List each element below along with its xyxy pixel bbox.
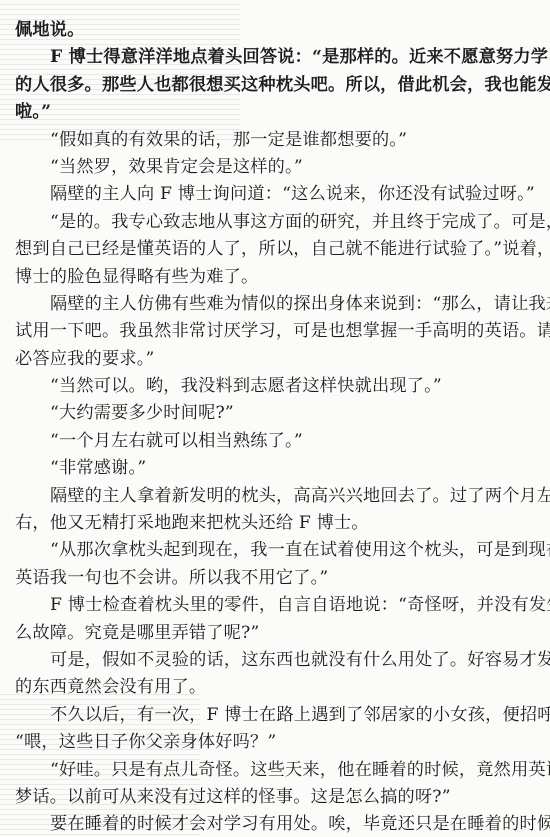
text-line: “当然罗，效果肯定会是这样的。”: [15, 154, 537, 181]
text-line: “一个月左右就可以相当熟练了。”: [15, 428, 537, 455]
text-line: 英语我一句也不会讲。所以我不用它了。”: [15, 565, 537, 592]
text-line: F 博士检查着枕头里的零件，自言自语地说：“奇怪呀，并没有发生什: [15, 592, 537, 619]
text-line: “假如真的有效果的话，那一定是谁都想要的。”: [15, 127, 537, 154]
text-line: “是的。我专心致志地从事这方面的研究，并且终于完成了。可是，一: [15, 209, 537, 236]
text-line: 要在睡着的时候才会对学习有用处。唉，毕竟还只是在睡着的时候呀。: [15, 811, 537, 837]
text-line: 隔壁的主人拿着新发明的枕头，高高兴兴地回去了。过了两个月左: [15, 483, 537, 510]
text-line: “当然可以。哟，我没料到志愿者这样快就出现了。”: [15, 373, 537, 400]
text-line: 梦话。以前可从来没有过这样的怪事。这是怎么搞的呀?”: [15, 784, 537, 811]
text-line: 隔壁的主人仿佛有些难为情似的探出身体来说到：“那么，请让我来: [15, 291, 537, 318]
text-line: F 博士得意洋洋地点着头回答说：“是那样的。近来不愿意努力学习: [15, 44, 537, 71]
text-line: “大约需要多少时间呢?”: [15, 400, 537, 427]
text-line: 不久以后，有一次，F 博士在路上遇到了邻居家的小女孩，便招呼道：: [15, 702, 537, 729]
book-page: 佩地说。F 博士得意洋洋地点着头回答说：“是那样的。近来不愿意努力学习的人很多。…: [15, 17, 537, 837]
text-line: 可是，假如不灵验的话，这东西也就没有什么用处了。好容易才发明: [15, 647, 537, 674]
text-line: “从那次拿枕头起到现在，我一直在试着使用这个枕头，可是到现在: [15, 537, 537, 564]
text-line: 的东西竟然会没有用了。: [15, 674, 537, 701]
text-line: “喂，这些日子你父亲身体好吗？”: [15, 729, 537, 756]
text-line: 必答应我的要求。”: [15, 346, 537, 373]
text-line: 试用一下吧。我虽然非常讨厌学习，可是也想掌握一手高明的英语。请务: [15, 318, 537, 345]
text-line: 博士的脸色显得略有些为难了。: [15, 264, 537, 291]
text-line: 佩地说。: [15, 17, 537, 44]
text-line: “非常感谢。”: [15, 455, 537, 482]
text-line: 的人很多。那些人也都很想买这种枕头吧。所以，借此机会，我也能发大财: [15, 72, 537, 99]
text-line: 隔壁的主人向 F 博士询问道：“这么说来，你还没有试验过呀。”: [15, 181, 537, 208]
text-line: 啦。”: [15, 99, 537, 126]
text-line: “好哇。只是有点儿奇怪。这些天来，他在睡着的时候，竟然用英语说: [15, 757, 537, 784]
text-line: 么故障。究竟是哪里弄错了呢?”: [15, 620, 537, 647]
text-line: 想到自己已经是懂英语的人了，所以，自己就不能进行试验了。”说着，F: [15, 236, 537, 263]
text-line: 右，他又无精打采地跑来把枕头还给 F 博士。: [15, 510, 537, 537]
